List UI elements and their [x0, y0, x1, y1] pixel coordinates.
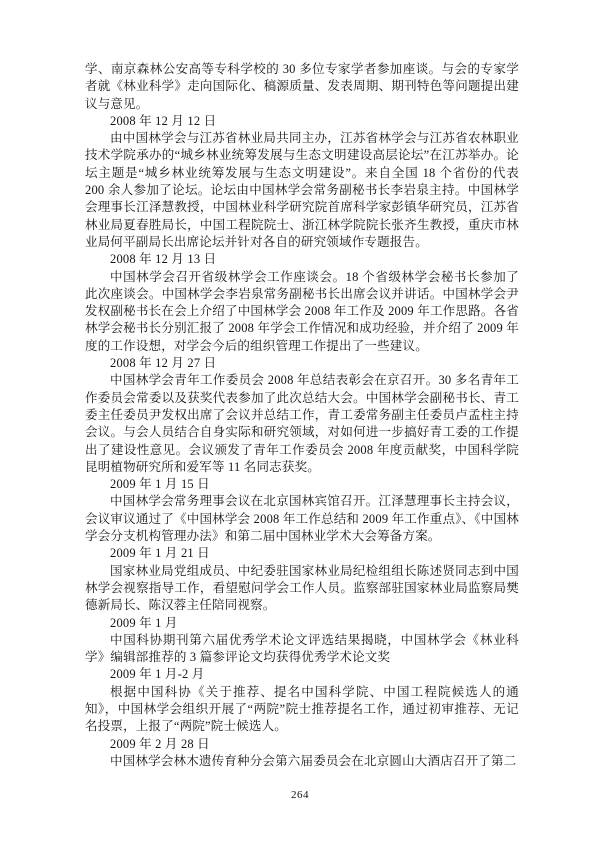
entry-text: 中国林学会青年工作委员会 2008 年总结表彰会在京召开。30 多名青年工作委员…: [85, 372, 519, 476]
entries: 2008 年 12 月 12 日 由中国林学会与江苏省林业局共同主办，江苏省林学…: [85, 113, 519, 770]
entry-date: 2009 年 1 月: [85, 615, 519, 632]
entry-date: 2009 年 1 月-2 月: [85, 666, 519, 683]
entry-text: 中国林学会召开省级林学会工作座谈会。18 个省级林学会秘书长参加了此次座谈会。中…: [85, 269, 519, 355]
entry-date: 2009 年 1 月 15 日: [85, 476, 519, 493]
page-body: 学、南京森林公安高等专科学校的 30 多位专家学者参加座谈。与会的专家学者就《林…: [85, 61, 519, 770]
page-number: 264: [0, 789, 600, 801]
entry-text: 由中国林学会与江苏省林业局共同主办，江苏省林学会与江苏省农林职业技术学院承办的“…: [85, 130, 519, 251]
entry-text: 国家林业局党组成员、中纪委驻国家林业局纪检组组长陈述贤同志到中国林学会视察指导工…: [85, 563, 519, 615]
entry-text: 中国林学会常务理事会议在北京国林宾馆召开。江泽慧理事长主持会议，会议审议通过了《…: [85, 493, 519, 545]
entry-date: 2008 年 12 月 12 日: [85, 113, 519, 130]
entry-date: 2008 年 12 月 27 日: [85, 355, 519, 372]
entry-text: 中国科协期刊第六届优秀学术论文评选结果揭晓，中国林学会《林业科学》编辑部推荐的 …: [85, 632, 519, 667]
entry-text: 中国林学会林木遗传育种分会第六届委员会在北京圆山大酒店召开了第二: [85, 753, 519, 770]
entry-text: 根据中国科协《关于推荐、提名中国科学院、中国工程院候选人的通知》，中国林学会组织…: [85, 684, 519, 736]
entry-date: 2009 年 2 月 28 日: [85, 736, 519, 753]
entry-date: 2009 年 1 月 21 日: [85, 545, 519, 562]
entry-date: 2008 年 12 月 13 日: [85, 251, 519, 268]
continuation-paragraph: 学、南京森林公安高等专科学校的 30 多位专家学者参加座谈。与会的专家学者就《林…: [85, 61, 519, 113]
document-page: 学、南京森林公安高等专科学校的 30 多位专家学者参加座谈。与会的专家学者就《林…: [0, 0, 600, 848]
